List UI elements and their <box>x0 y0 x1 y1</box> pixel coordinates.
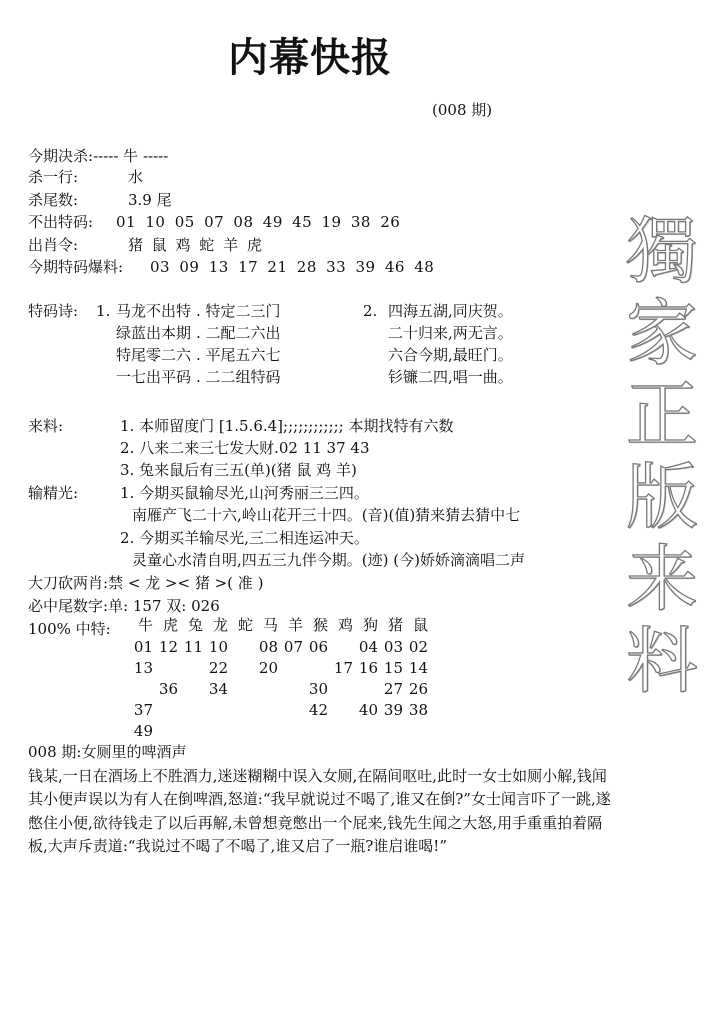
label: 必中尾数字: <box>28 597 108 615</box>
table-cell <box>178 699 203 720</box>
header-cell: 虎 <box>153 612 178 636</box>
table-cell <box>328 678 353 699</box>
table-cell <box>178 657 203 678</box>
table-cell <box>153 720 178 741</box>
table-row: 01121110080706040302 <box>128 636 428 657</box>
table-cell: 27 <box>378 678 403 699</box>
laoliao-label: 来料: <box>28 416 63 436</box>
value: 水 <box>128 168 143 186</box>
label: 出肖令: <box>28 235 128 255</box>
poem-line: 钐镰二四,唱一曲。 <box>388 366 513 388</box>
label: 不出特码: <box>28 212 116 232</box>
poem-line: . 平尾五六七 <box>196 344 281 366</box>
table-cell: 22 <box>203 657 228 678</box>
table-cell <box>328 720 353 741</box>
laoliao-item: 3. 兔来鼠后有三五(单)(猪 鼠 鸡 羊) <box>120 460 357 480</box>
table-cell <box>303 720 328 741</box>
table-cell: 30 <box>303 678 328 699</box>
laoliao-item: 1. 本师留度门 [1.5.6.4];;;;;;;;;;;; 本期找特有六数 <box>120 416 453 436</box>
table-cell <box>253 678 278 699</box>
zodiac-number-table: 牛 虎 兔 龙 蛇 马 羊 猴 鸡 狗 猪 鼠 0112111008070604… <box>128 612 428 741</box>
table-cell <box>403 720 428 741</box>
poem-line: 六合今期,最旺门。 <box>388 344 513 366</box>
poem-line: 四海五湖,同庆贺。 <box>388 300 513 322</box>
table-cell: 15 <box>378 657 403 678</box>
summary-row-buchutema: 不出特码:01 10 05 07 08 49 45 19 38 26 <box>28 212 400 232</box>
value: ----- 牛 ----- <box>93 147 168 165</box>
poem-line: 一七出平码 <box>116 366 191 388</box>
watermark-char: 正 <box>612 374 712 456</box>
table-cell <box>353 678 378 699</box>
table-cell: 17 <box>328 657 353 678</box>
laoliao-item: 2. 八来二来三七发大财.02 11 37 43 <box>120 438 370 458</box>
table-cell: 26 <box>403 678 428 699</box>
label: 杀一行: <box>28 167 128 187</box>
table-cell: 13 <box>128 657 153 678</box>
shujingguang-line: 1. 今期买鼠输尽光,山河秀丽三三四。 <box>120 483 369 503</box>
header-cell: 鸡 <box>328 612 353 636</box>
table-cell <box>278 657 303 678</box>
table-cell: 02 <box>403 636 428 657</box>
table-cell <box>228 720 253 741</box>
poem-line: 马龙不出特 <box>116 300 191 322</box>
story-body: 钱某,一日在酒场上不胜酒力,迷迷糊糊中误入女厕,在隔间呕吐,此时一女士如厕小解,… <box>28 765 618 859</box>
table-cell: 07 <box>278 636 303 657</box>
watermark-char: 版 <box>612 456 712 538</box>
table-cell <box>153 657 178 678</box>
header-cell: 牛 <box>128 612 153 636</box>
poem-line: . 特定二三门 <box>196 300 281 322</box>
story-title: 008 期:女厕里的啤酒声 <box>28 741 618 765</box>
table-cell: 42 <box>303 699 328 720</box>
label: 今期特码爆料: <box>28 257 150 277</box>
header-cell: 猪 <box>378 612 403 636</box>
table-cell: 03 <box>378 636 403 657</box>
table-cell <box>203 720 228 741</box>
watermark-char: 料 <box>612 620 712 702</box>
header-cell: 狗 <box>353 612 378 636</box>
table-cell <box>228 699 253 720</box>
table-cell: 40 <box>353 699 378 720</box>
table-cell <box>228 657 253 678</box>
table-cell <box>153 699 178 720</box>
shujingguang-line: 灵童心水清自明,四五三九伴今期。(迹) (今)娇娇滴滴唱二声 <box>132 550 525 570</box>
table-cell <box>278 720 303 741</box>
summary-row-baoliao: 今期特码爆料:03 09 13 17 21 28 33 39 46 48 <box>28 257 434 277</box>
poem-num-2: 2. <box>363 300 377 322</box>
value: 01 10 05 07 08 49 45 19 38 26 <box>116 213 400 231</box>
table-cell: 16 <box>353 657 378 678</box>
shujingguang-label: 输精光: <box>28 483 78 503</box>
header-cell: 龙 <box>203 612 228 636</box>
poem-label: 特码诗: <box>28 300 78 322</box>
table-cell: 14 <box>403 657 428 678</box>
table-cell <box>178 678 203 699</box>
table-cell: 49 <box>128 720 153 741</box>
watermark-char: 来 <box>612 538 712 620</box>
table-cell: 37 <box>128 699 153 720</box>
poem-section: 特码诗: 1. 2. 马龙不出特 绿蓝出本期 特尾零二六 一七出平码 . 特定二… <box>28 300 588 392</box>
value: 猪 鼠 鸡 蛇 羊 虎 <box>128 236 262 254</box>
value: 禁 < 龙 >< 猪 >( 准 ) <box>108 574 263 592</box>
value: 3.9 尾 <box>128 191 172 209</box>
table-cell: 01 <box>128 636 153 657</box>
table-cell: 39 <box>378 699 403 720</box>
header-cell: 猴 <box>303 612 328 636</box>
table-cell: 10 <box>203 636 228 657</box>
table-cell: 06 <box>303 636 328 657</box>
table-cell: 04 <box>353 636 378 657</box>
table-cell <box>203 699 228 720</box>
header-cell: 兔 <box>178 612 203 636</box>
table-cell: 20 <box>253 657 278 678</box>
story-section: 008 期:女厕里的啤酒声 钱某,一日在酒场上不胜酒力,迷迷糊糊中误入女厕,在隔… <box>28 741 618 859</box>
summary-row-shayihang: 杀一行:水 <box>28 167 143 187</box>
label: 今期决杀: <box>28 147 93 165</box>
table-cell <box>328 636 353 657</box>
watermark-char: 家 <box>612 292 712 374</box>
table-cell: 12 <box>153 636 178 657</box>
poem-line: 绿蓝出本期 <box>116 322 191 344</box>
page-title: 内幕快报 <box>228 26 392 83</box>
zodiac-table-label: 100% 中特: <box>28 619 111 639</box>
label: 大刀砍两肖: <box>28 574 108 592</box>
shujingguang-line: 2. 今期买羊输尽光,三二相连运冲天。 <box>120 528 369 548</box>
table-row: 3742403938 <box>128 699 428 720</box>
table-cell <box>253 720 278 741</box>
table-cell <box>128 678 153 699</box>
poem-line: 特尾零二六 <box>116 344 191 366</box>
header-cell: 羊 <box>278 612 303 636</box>
table-cell <box>353 720 378 741</box>
table-row: 13222017161514 <box>128 657 428 678</box>
table-cell: 08 <box>253 636 278 657</box>
table-cell <box>228 636 253 657</box>
table-cell <box>378 720 403 741</box>
table-row: 3634302726 <box>128 678 428 699</box>
table-row: 49 <box>128 720 428 741</box>
header-cell: 马 <box>253 612 278 636</box>
table-cell: 36 <box>153 678 178 699</box>
table-header-row: 牛 虎 兔 龙 蛇 马 羊 猴 鸡 狗 猪 鼠 <box>128 612 428 636</box>
shujingguang-line: 南雁产飞二十六,岭山花开三十四。(音)(值)猜来猜去猜中七 <box>132 505 520 525</box>
table-cell: 11 <box>178 636 203 657</box>
vertical-watermark: 獨 家 正 版 来 料 <box>612 210 712 702</box>
summary-row-shaweishu: 杀尾数:3.9 尾 <box>28 190 172 210</box>
poem-line: . 二二组特码 <box>196 366 281 388</box>
table-cell: 34 <box>203 678 228 699</box>
summary-row-juesha: 今期决杀:----- 牛 ----- <box>28 146 168 166</box>
value: 03 09 13 17 21 28 33 39 46 48 <box>150 258 434 276</box>
table-cell <box>328 699 353 720</box>
table-cell <box>228 678 253 699</box>
table-cell <box>303 657 328 678</box>
table-cell <box>178 720 203 741</box>
table-cell <box>278 678 303 699</box>
poem-line: . 二配二六出 <box>196 322 281 344</box>
table-cell: 38 <box>403 699 428 720</box>
poem-num-1: 1. <box>96 300 110 322</box>
watermark-char: 獨 <box>612 210 712 292</box>
header-cell: 蛇 <box>228 612 253 636</box>
table-cell <box>253 699 278 720</box>
dadao-row: 大刀砍两肖:禁 < 龙 >< 猪 >( 准 ) <box>28 573 263 593</box>
summary-row-chuxiaoling: 出肖令:猪 鼠 鸡 蛇 羊 虎 <box>28 235 262 255</box>
table-cell <box>278 699 303 720</box>
issue-number: (008 期) <box>432 99 492 120</box>
header-cell: 鼠 <box>403 612 428 636</box>
poem-line: 二十归来,两无言。 <box>388 322 513 344</box>
label: 杀尾数: <box>28 190 128 210</box>
